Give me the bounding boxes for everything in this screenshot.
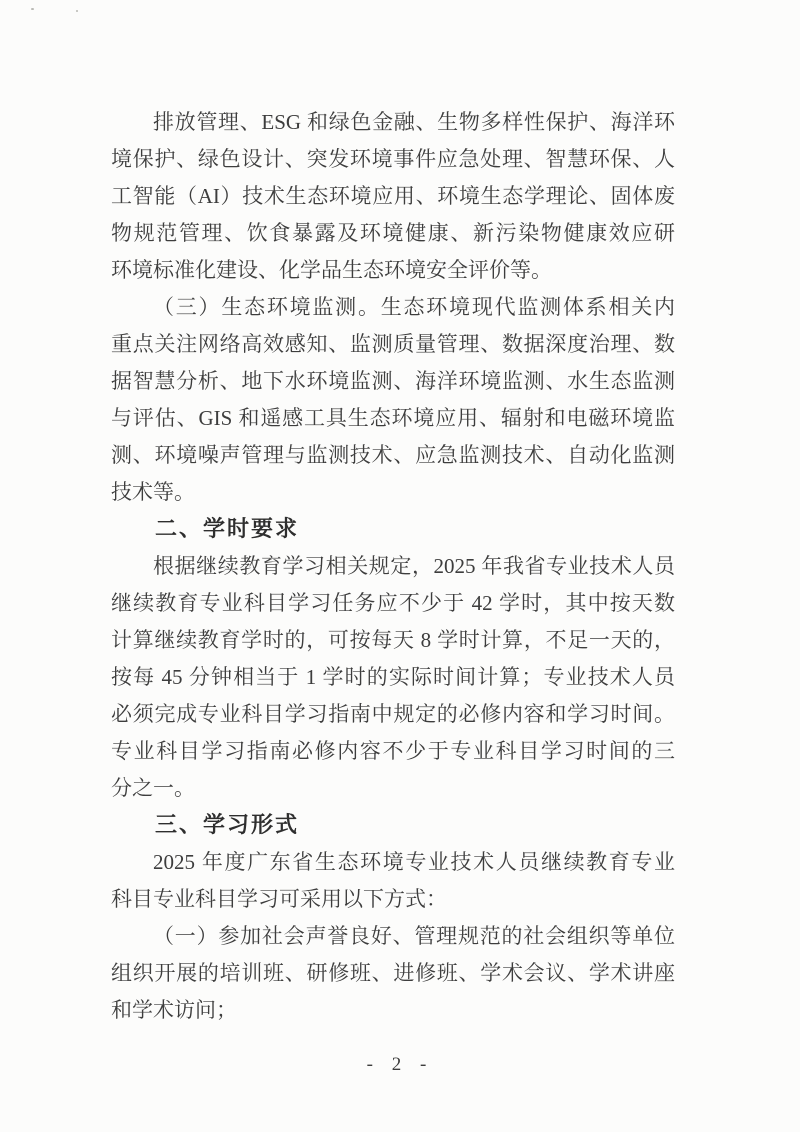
- text-line: 工智能（AI）技术生态环境应用、环境生态学理论、固体废: [111, 178, 675, 215]
- page-number: - 2 -: [0, 1054, 800, 1076]
- text-line: 排放管理、ESG 和绿色金融、生物多样性保护、海洋环: [111, 104, 675, 141]
- text-line: 环境标准化建设、化学品生态环境安全评价等。: [111, 252, 675, 289]
- heading-study-format: 三、学习形式: [111, 807, 675, 844]
- text-line: 据智慧分析、地下水环境监测、海洋环境监测、水生态监测: [111, 363, 675, 400]
- text-line: 2025 年度广东省生态环境专业技术人员继续教育专业: [111, 844, 675, 881]
- text-line: 根据继续教育学习相关规定，2025 年我省专业技术人员: [111, 548, 675, 585]
- text-line: 物规范管理、饮食暴露及环境健康、新污染物健康效应研究、: [111, 215, 675, 252]
- document-body: 排放管理、ESG 和绿色金融、生物多样性保护、海洋环境保护、绿色设计、突发环境事…: [111, 104, 675, 1029]
- text-line: 技术等。: [111, 474, 675, 511]
- text-line: 按每 45 分钟相当于 1 学时的实际时间计算；专业技术人员: [111, 659, 675, 696]
- text-line: 计算继续教育学时的，可按每天 8 学时计算，不足一天的，: [111, 622, 675, 659]
- text-line: 测、环境噪声管理与监测技术、应急监测技术、自动化监测: [111, 437, 675, 474]
- heading-study-hours: 二、学时要求: [111, 511, 675, 548]
- document-page: 排放管理、ESG 和绿色金融、生物多样性保护、海洋环境保护、绿色设计、突发环境事…: [0, 0, 800, 1132]
- text-line: 分之一。: [111, 770, 675, 807]
- text-line: 必须完成专业科目学习指南中规定的必修内容和学习时间。: [111, 696, 675, 733]
- text-line: （三）生态环境监测。生态环境现代监测体系相关内容，: [111, 289, 675, 326]
- text-line: 继续教育专业科目学习任务应不少于 42 学时，其中按天数: [111, 585, 675, 622]
- text-line: 境保护、绿色设计、突发环境事件应急处理、智慧环保、人: [111, 141, 675, 178]
- text-line: 与评估、GIS 和遥感工具生态环境应用、辐射和电磁环境监: [111, 400, 675, 437]
- text-line: 重点关注网络高效感知、监测质量管理、数据深度治理、数: [111, 326, 675, 363]
- scan-speckle: [76, 10, 78, 12]
- text-line: 专业科目学习指南必修内容不少于专业科目学习时间的三: [111, 733, 675, 770]
- text-line: 组织开展的培训班、研修班、进修班、学术会议、学术讲座: [111, 955, 675, 992]
- text-line: （一）参加社会声誉良好、管理规范的社会组织等单位: [111, 918, 675, 955]
- text-line: 科目专业科目学习可采用以下方式：: [111, 881, 675, 918]
- scan-speckle: [31, 8, 34, 10]
- text-line: 和学术访问；: [111, 992, 675, 1029]
